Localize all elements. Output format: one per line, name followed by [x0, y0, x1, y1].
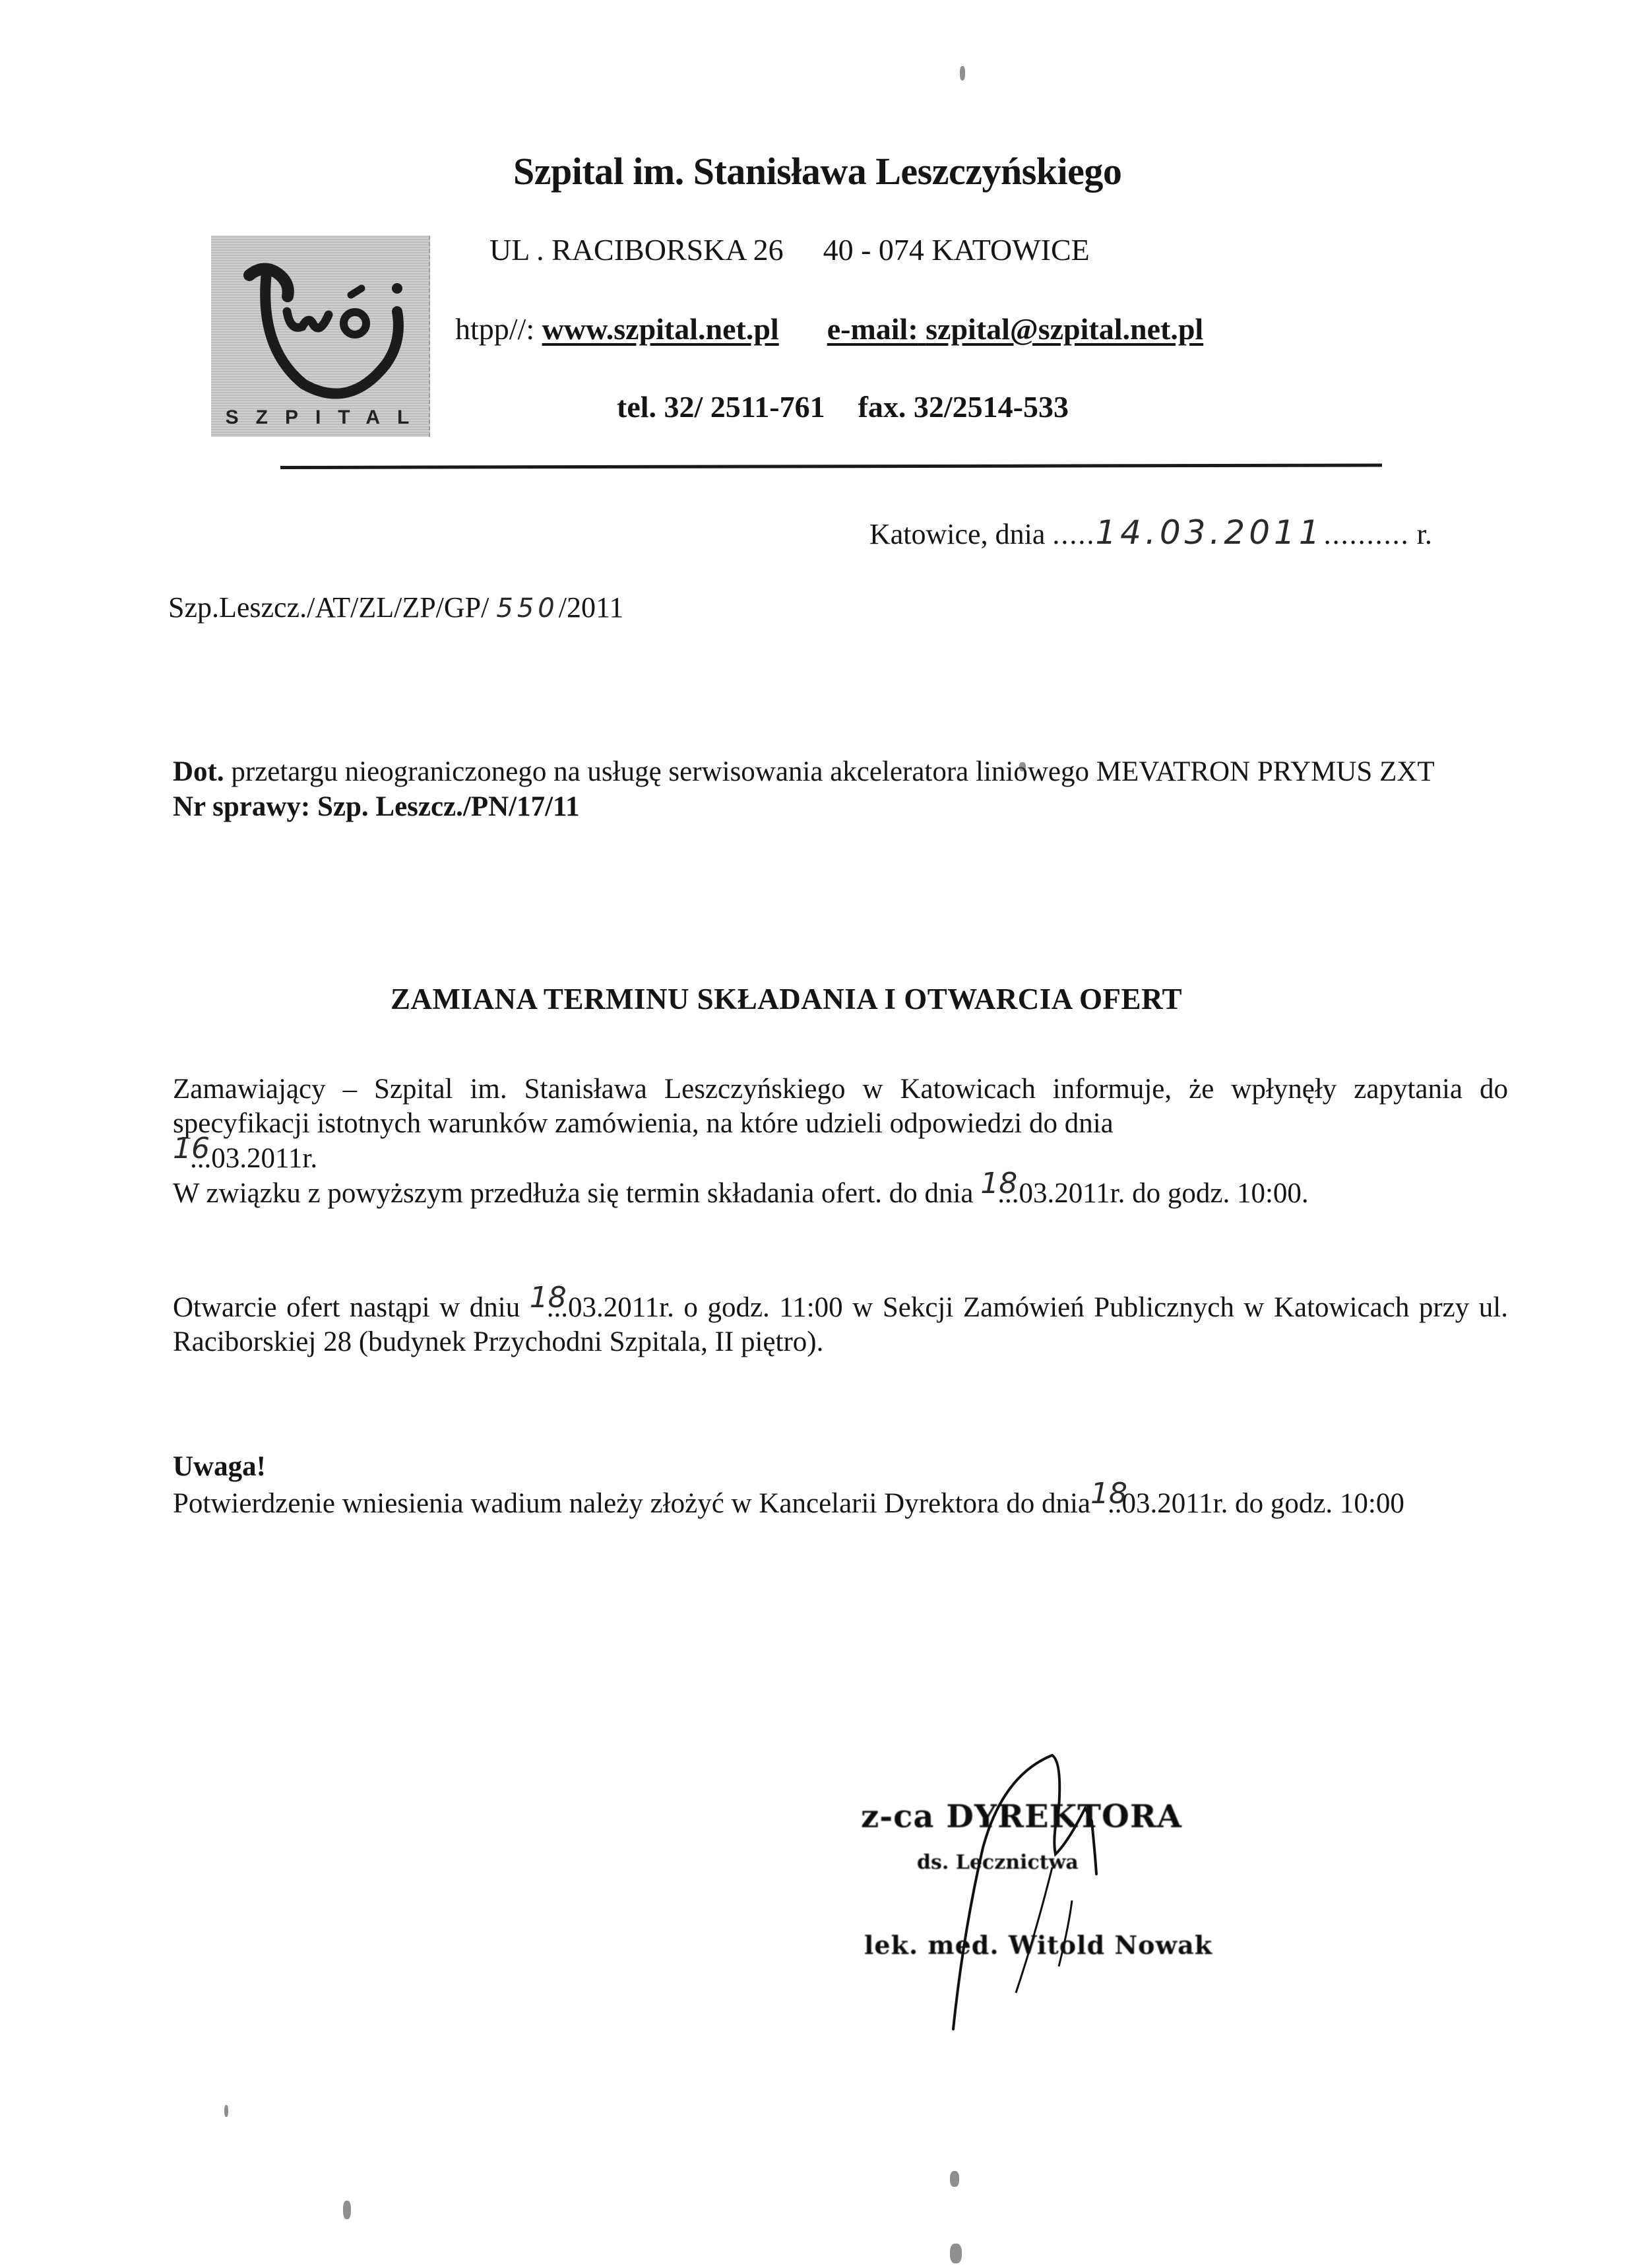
- director-stamp: z-ca DYREKTORA ds. Lecznictwa lek. med. …: [792, 1716, 1253, 2046]
- twoj-szpital-logo-icon: [224, 249, 416, 401]
- scan-speck: [950, 2244, 962, 2263]
- reference-prefix: Szp.Leszcz./AT/ZL/ZP/GP/: [168, 591, 489, 624]
- city-postcode: 40 - 074 KATOWICE: [823, 233, 1090, 267]
- handwritten-date: 14.03.2011: [1095, 513, 1323, 552]
- case-number: Szp. Leszcz./PN/17/11: [317, 791, 580, 822]
- phone-number: tel. 32/ 2511-761: [617, 390, 825, 424]
- scan-speck: [950, 2171, 959, 2187]
- street-address: UL . RACIBORSKA 26: [489, 233, 784, 267]
- handwritten-day: 18: [980, 1167, 1017, 1200]
- phone-fax-line: tel. 32/ 2511-761fax. 32/2514-533: [617, 389, 1069, 424]
- scan-speck: [1019, 762, 1026, 771]
- case-label: Nr sprawy:: [173, 791, 310, 822]
- web-contact-line: htpp//: www.szpital.net.pl e-mail: szpit…: [455, 311, 1203, 346]
- scan-speck: [343, 2201, 351, 2219]
- fax-number: fax. 32/2514-533: [858, 390, 1069, 424]
- hospital-name: Szpital im. Stanisława Leszczyńskiego: [513, 149, 1121, 193]
- subject-text: przetargu nieograniczonego na usługę ser…: [231, 756, 1434, 787]
- reference-suffix: /2011: [559, 591, 624, 624]
- date-line: Katowice, dnia .....14.03.2011..........…: [869, 513, 1432, 552]
- p3-text: Potwierdzenie wniesienia wadium należy z…: [173, 1488, 1090, 1519]
- scan-speck: [224, 2105, 228, 2117]
- address-line: UL . RACIBORSKA 2640 - 074 KATOWICE: [489, 232, 1090, 267]
- scan-speck: [960, 66, 965, 81]
- p1b-text: W związku z powyższym przedłuża się term…: [173, 1178, 974, 1209]
- email-address: szpital@szpital.net.pl: [926, 312, 1203, 346]
- paragraph-questions: Zamawiający – Szpital im. Stanisława Les…: [173, 1072, 1508, 1211]
- signature-icon: [792, 1716, 1253, 2046]
- email-link[interactable]: e-mail: szpital@szpital.net.pl: [827, 312, 1203, 346]
- subject-block: Dot. przetargu nieograniczonego na usług…: [173, 754, 1519, 824]
- p2-text: Otwarcie ofert nastąpi w dniu: [173, 1292, 520, 1323]
- paragraph-deposit: Potwierdzenie wniesienia wadium należy z…: [173, 1486, 1508, 1521]
- logo-wordmark: SZPITAL: [211, 406, 429, 429]
- handwritten-reference: 550: [496, 593, 558, 624]
- notice-title: Uwaga!: [173, 1450, 266, 1483]
- website-link[interactable]: www.szpital.net.pl: [542, 312, 779, 346]
- paragraph-opening: Otwarcie ofert nastąpi w dniu 18...03.20…: [173, 1290, 1508, 1359]
- date-suffix: r.: [1417, 518, 1432, 550]
- hospital-logo: SZPITAL: [211, 236, 430, 437]
- subject-label: Dot.: [173, 756, 224, 787]
- handwritten-day: 16: [173, 1132, 210, 1165]
- handwritten-day: 18: [1090, 1477, 1127, 1510]
- p1-text: Zamawiający – Szpital im. Stanisława Les…: [173, 1074, 1508, 1139]
- date-prefix: Katowice, dnia: [869, 518, 1045, 550]
- email-label: e-mail:: [827, 312, 918, 346]
- document-heading: ZAMIANA TERMINU SKŁADANIA I OTWARCIA OFE…: [0, 982, 1636, 1016]
- letterhead-divider: [280, 464, 1382, 469]
- web-prefix: htpp//:: [455, 312, 534, 346]
- handwritten-day: 18: [530, 1281, 567, 1314]
- reference-number: Szp.Leszcz./AT/ZL/ZP/GP/ 550/2011: [168, 591, 623, 624]
